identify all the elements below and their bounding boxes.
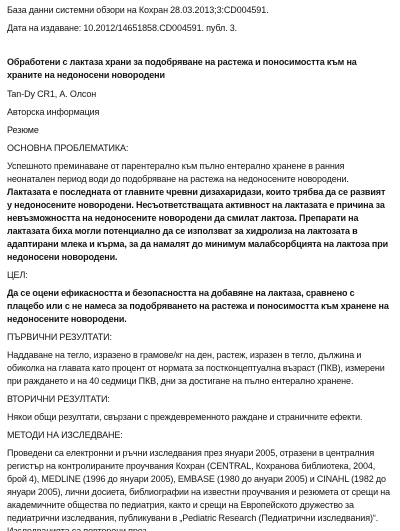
section-body-search-methods: Проведени са електронни и ръчни изследва… [7,447,392,531]
section-body-objective: Да се оцени ефикасността и безопасността… [7,287,392,326]
section-heading-objective: ЦЕЛ: [7,269,392,282]
abstract-label: Резюме [7,124,392,137]
section-heading-background: ОСНОВНА ПРОБЛЕМАТИКА: [7,142,392,155]
section-body-primary-outcomes: Наддаване на тегло, изразено в грамове/к… [7,349,392,388]
body-text-run: Някои общи резултати, свързани с преждев… [7,412,362,422]
section-heading-primary-outcomes: ПЪРВИЧНИ РЕЗУЛТАТИ: [7,331,392,344]
abstract-document: База данни системни обзори на Кохран 28.… [0,0,400,531]
section-heading-search-methods: МЕТОДИ НА ИЗСЛЕДВАНЕ: [7,429,392,442]
body-text-run: Проведени са електронни и ръчни изследва… [7,448,390,531]
article-title: Обработени с лактаза храни за подобряван… [7,56,392,82]
authors-line: Tan-Dy CR1, А. Олсон [7,88,392,101]
citation-line-1: База данни системни обзори на Кохран 28.… [7,4,392,17]
author-information-label: Авторска информация [7,106,392,119]
section-body-background: Успешното преминаване от парентерално къ… [7,160,392,264]
section-heading-secondary-outcomes: ВТОРИЧНИ РЕЗУЛТАТИ: [7,393,392,406]
body-text-run: Наддаване на тегло, изразено в грамове/к… [7,350,385,386]
section-body-secondary-outcomes: Някои общи резултати, свързани с преждев… [7,411,392,424]
citation-line-2: Дата на издаване: 10.2012/14651858.CD004… [7,22,392,35]
body-text-run: Успешното преминаване от парентерално къ… [7,161,349,184]
body-text-run: Да се оцени ефикасността и безопасността… [7,288,389,324]
body-text-run: Лактазата е последната от главните чревн… [7,187,388,262]
